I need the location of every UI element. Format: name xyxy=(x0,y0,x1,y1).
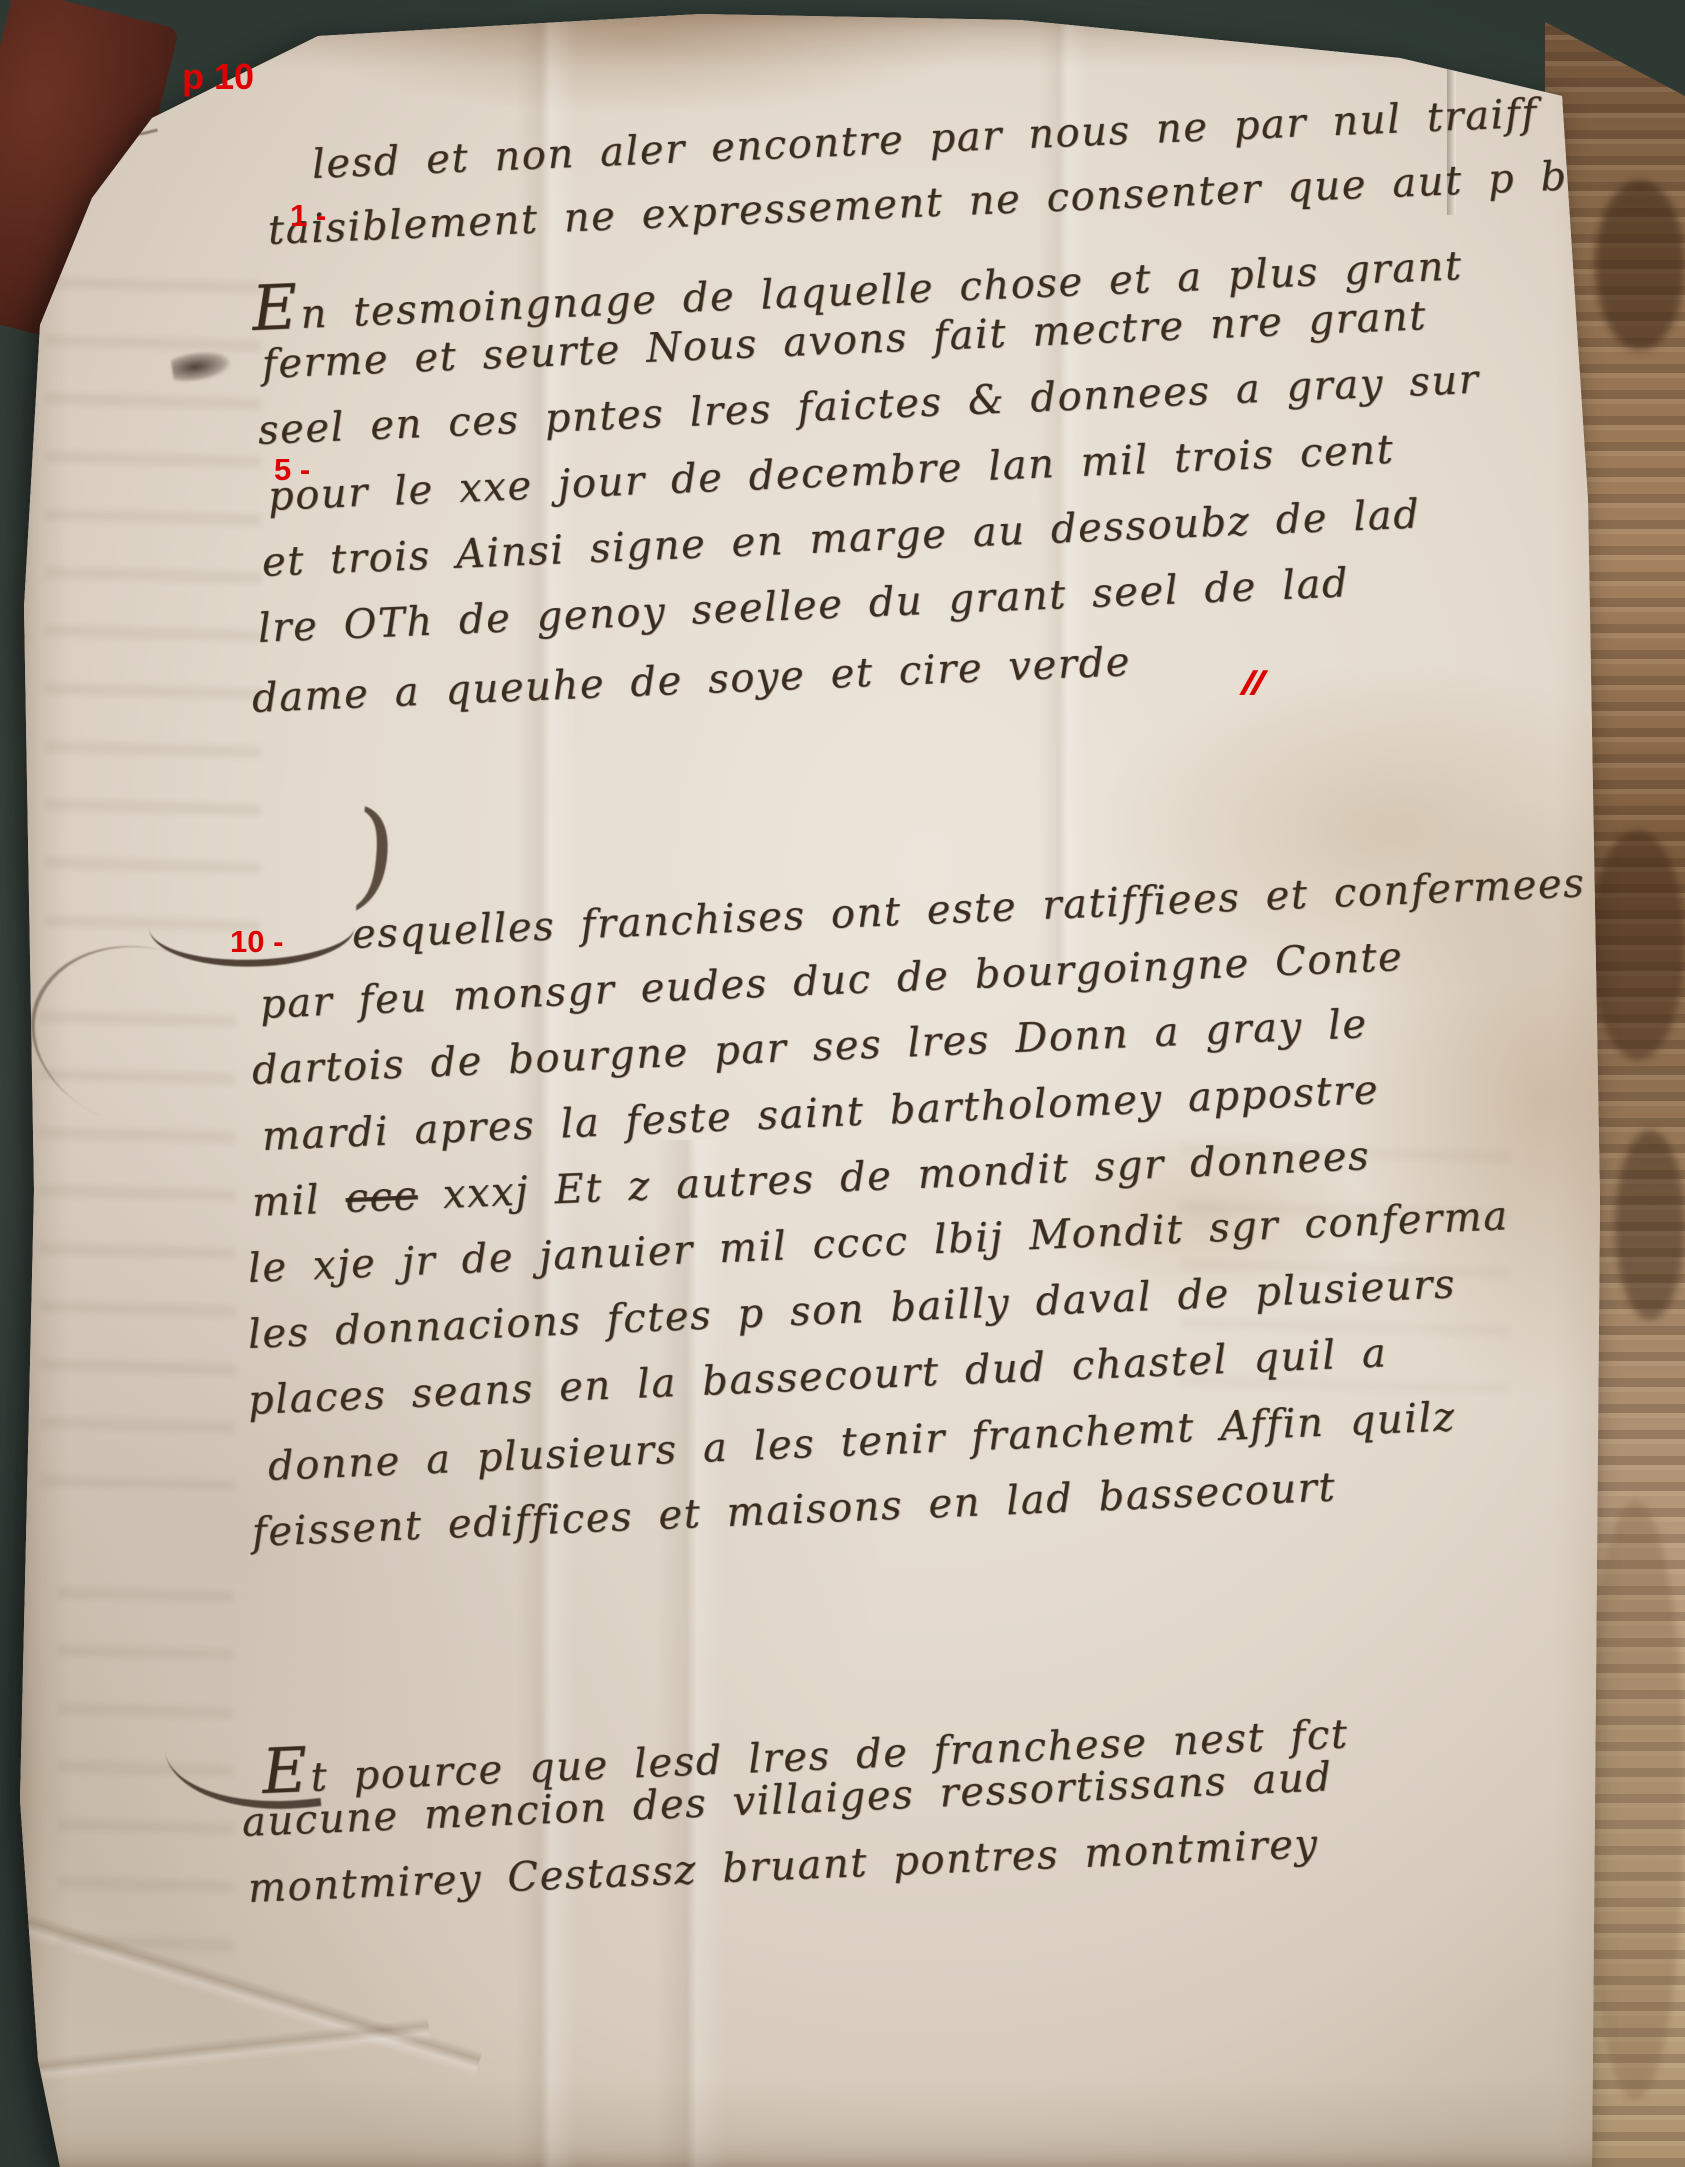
folio-ink-mark xyxy=(91,86,158,145)
line-marker-10: 10 - xyxy=(230,924,283,960)
ink-flourish: ) xyxy=(345,786,402,920)
parchment: ) lesd et non aler encontre par nous ne … xyxy=(0,0,1685,2167)
page-number-annotation: p 10 xyxy=(182,56,254,98)
line-marker-5: 5 - xyxy=(274,452,310,488)
photo-canvas: ) lesd et non aler encontre par nous ne … xyxy=(0,0,1685,2167)
show-through-text xyxy=(46,240,261,960)
struck-text: ccc xyxy=(345,1173,419,1222)
manuscript-line: dame a queuhe de soye et cire verde xyxy=(251,639,1132,722)
folio-ink-mark xyxy=(122,57,166,104)
line-segment: mil xyxy=(251,1176,346,1226)
manuscript-page: ) lesd et non aler encontre par nous ne … xyxy=(0,0,1685,2167)
crease-mark xyxy=(0,2018,430,2087)
line-marker-1: 1 - xyxy=(290,198,326,234)
